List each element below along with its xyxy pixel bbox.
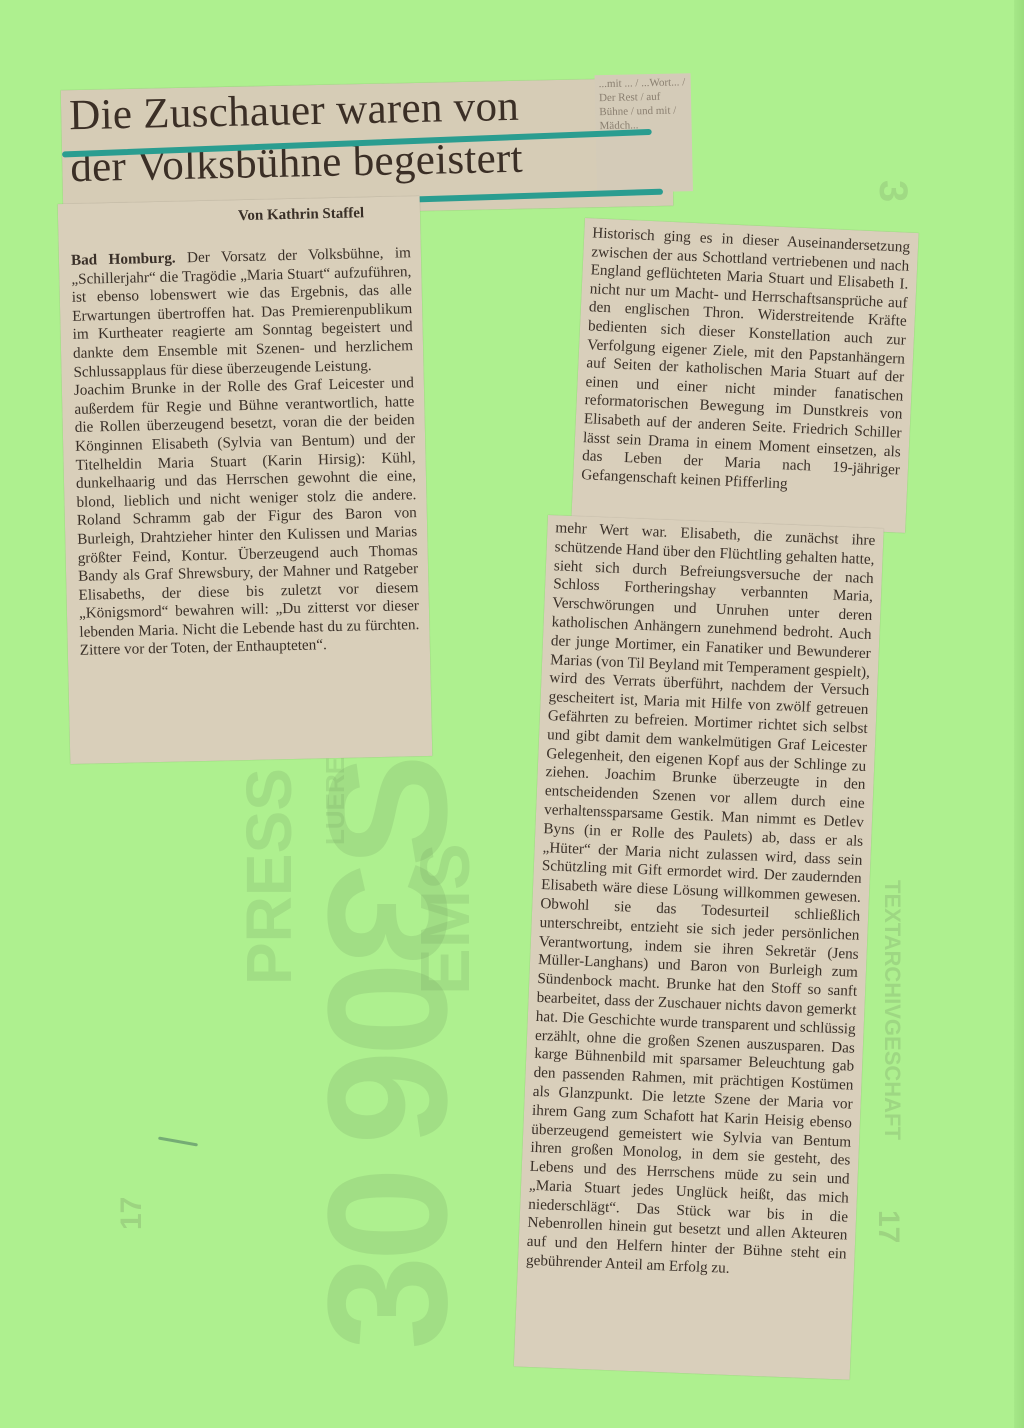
background-stamp-press: PRESS xyxy=(232,768,306,985)
pen-mark xyxy=(158,1137,198,1147)
right-column-top-clipping: Historisch ging es in dieser Auseinander… xyxy=(571,218,918,533)
right-column-bottom-clipping: mehr Wert war. Elisabeth, die zunächst i… xyxy=(514,515,884,1380)
right-column-top-text: Historisch ging es in dieser Auseinander… xyxy=(581,224,910,498)
page-number-left: 17 xyxy=(115,1197,149,1230)
paragraph-1: Bad Homburg. Der Vorsatz der Volksbühne,… xyxy=(71,244,414,382)
date-stamp-suffix: 3 xyxy=(870,180,915,202)
right-column-bottom-text: mehr Wert war. Elisabeth, die zunächst i… xyxy=(526,519,876,1283)
byline: Von Kathrin Staffel xyxy=(238,205,364,225)
background-stamp-ems: EMS xyxy=(405,843,485,995)
dateline: Bad Homburg. xyxy=(71,250,176,269)
headline-line-1: Die Zuschauer waren von xyxy=(69,83,520,139)
left-column-text: Bad Homburg. Der Vorsatz der Volksbühne,… xyxy=(71,244,420,661)
left-column-clipping: Von Kathrin Staffel Bad Homburg. Der Vor… xyxy=(58,196,433,764)
paper-edge xyxy=(1014,0,1024,1428)
page-number-right: 17 xyxy=(871,1210,905,1243)
archive-stamp: TEXTARCHIVGESCHAFT xyxy=(879,880,905,1140)
paragraph-2: Joachim Brunke in der Rolle des Graf Lei… xyxy=(74,374,420,661)
